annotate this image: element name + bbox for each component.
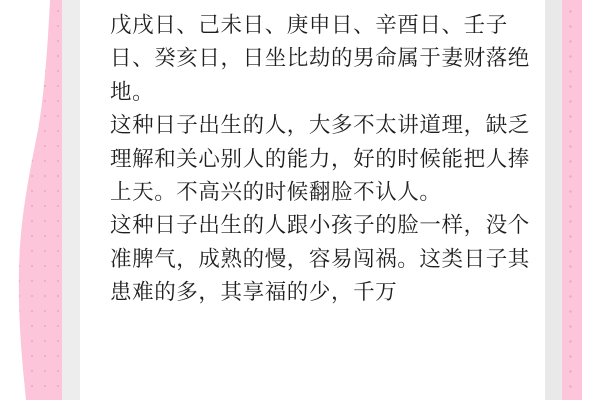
card-border-right	[545, 0, 562, 400]
article-body: 戊戌日、己未日、庚申日、辛酉日、壬子日、癸亥日，日坐比劫的男命属于妻财落绝地。 …	[110, 9, 542, 310]
pink-wave-decoration	[0, 0, 62, 400]
article-card: 戊戌日、己未日、庚申日、辛酉日、壬子日、癸亥日，日坐比劫的男命属于妻财落绝地。 …	[80, 0, 545, 400]
paragraph-3: 这种日子出生的人跟小孩子的脸一样，没个准脾气，成熟的慢，容易闯祸。这类日子其患难…	[110, 209, 542, 309]
pink-dotted-strip	[562, 0, 582, 400]
card-border-left	[62, 0, 80, 400]
paragraph-2: 这种日子出生的人，大多不太讲道理，缺乏理解和关心别人的能力，好的时候能把人捧上天…	[110, 109, 542, 209]
paragraph-1: 戊戌日、己未日、庚申日、辛酉日、壬子日、癸亥日，日坐比劫的男命属于妻财落绝地。	[110, 9, 542, 109]
